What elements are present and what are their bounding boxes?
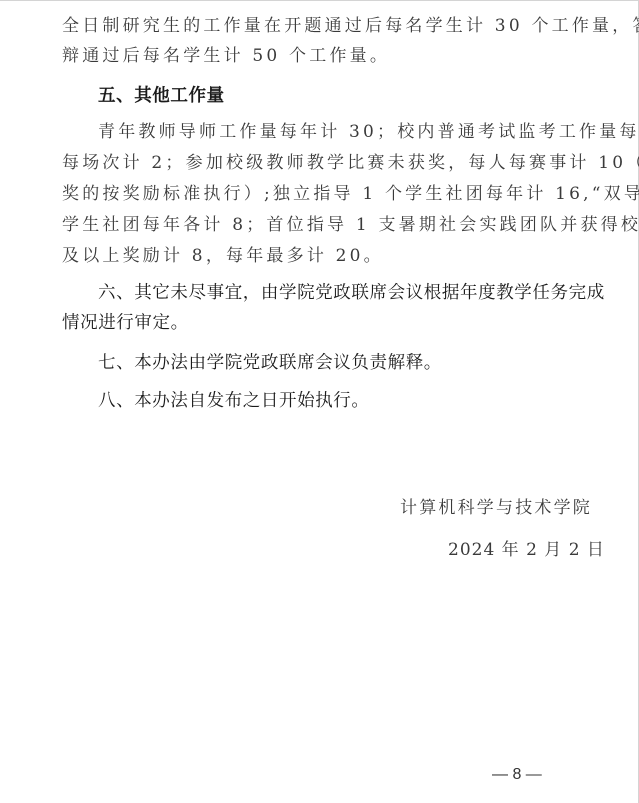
section-5-paragraph-line-1: 青年教师导师工作量每年计 30；校内普通考试监考工作量每人 (98, 121, 639, 143)
signature-date: 2024 年 2 月 2 日 (448, 539, 605, 561)
page-number: — 8 — (492, 766, 542, 784)
continuation-line-2: 辩通过后每名学生计 50 个工作量。 (62, 45, 390, 67)
continuation-line-1: 全日制研究生的工作量在开题通过后每名学生计 30 个工作量，答 (62, 15, 639, 37)
section-5-paragraph-line-4: 学生社团每年各计 8；首位指导 1 支暑期社会实践团队并获得校级 (62, 214, 639, 236)
section-8-text: 八、本办法自发布之日开始执行。 (98, 390, 370, 412)
signature-organization: 计算机科学与技术学院 (400, 497, 592, 519)
section-5-paragraph-line-2: 每场次计 2；参加校级教师教学比赛未获奖，每人每赛事计 10（获 (62, 152, 639, 174)
section-6-line-2: 情况进行审定。 (62, 312, 189, 334)
section-7-text: 七、本办法由学院党政联席会议负责解释。 (98, 352, 442, 374)
section-5-paragraph-line-5: 及以上奖励计 8，每年最多计 20。 (62, 245, 384, 267)
section-5-heading: 五、其他工作量 (98, 85, 225, 107)
section-5-paragraph-line-3: 奖的按奖励标准执行）;独立指导 1 个学生社团每年计 16,“双导师” (62, 183, 639, 205)
section-6-line-1: 六、其它未尽事宜，由学院党政联席会议根据年度教学任务完成 (98, 282, 605, 304)
